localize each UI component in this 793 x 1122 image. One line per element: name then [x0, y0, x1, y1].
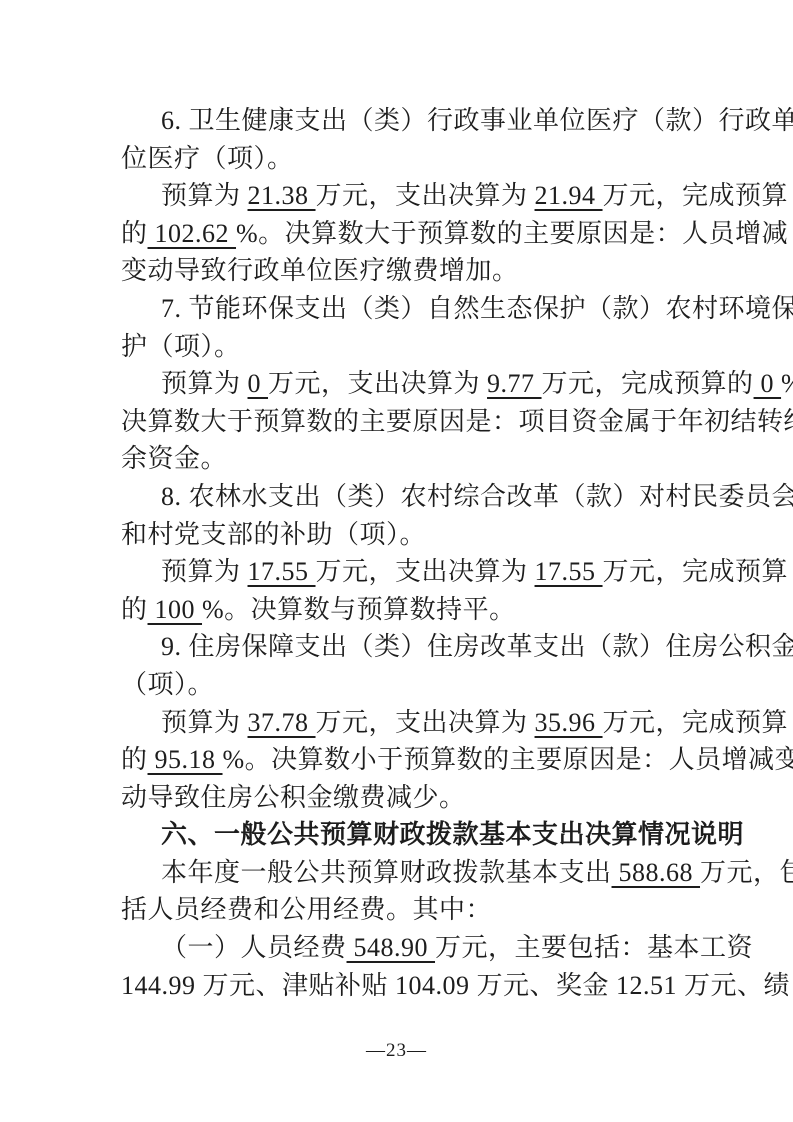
text-run: 预算为	[161, 181, 248, 210]
text-line: 动导致住房公积金缴费减少。	[121, 779, 691, 817]
text-line: 和村党支部的补助（项）。	[121, 516, 691, 554]
underlined-value: 21.38	[248, 181, 316, 210]
text-run: 括人员经费和公用经费。其中：	[121, 895, 492, 924]
document-page: 6. 卫生健康支出（类）行政事业单位医疗（款）行政单位医疗（项）。预算为 21.…	[0, 0, 793, 1122]
text-run: 预算为	[161, 708, 248, 737]
text-run: 本年度一般公共预算财政拨款基本支出	[161, 858, 612, 887]
text-run: 6. 卫生健康支出（类）行政事业单位医疗（款）行政单	[161, 106, 793, 135]
text-line: 7. 节能环保支出（类）自然生态保护（款）农村环境保	[121, 290, 691, 328]
text-run: %。	[781, 369, 793, 398]
underlined-value: 0	[754, 369, 782, 398]
text-run: 万元，完成预算	[603, 557, 789, 586]
text-line: 位医疗（项）。	[121, 140, 691, 178]
underlined-value: 95.18	[148, 745, 223, 774]
underlined-value: 37.78	[248, 708, 316, 737]
text-run: 万元，完成预算	[603, 181, 789, 210]
underlined-value: 100	[148, 595, 203, 624]
text-run: %。决算数小于预算数的主要原因是：人员增减变	[223, 745, 793, 774]
underlined-value: 102.62	[148, 219, 237, 248]
text-run: 9. 住房保障支出（类）住房改革支出（款）住房公积金	[161, 632, 793, 661]
text-line: 预算为 17.55 万元，支出决算为 17.55 万元，完成预算	[121, 553, 691, 591]
text-run: 的	[121, 595, 148, 624]
text-line: 预算为 21.38 万元，支出决算为 21.94 万元，完成预算	[121, 177, 691, 215]
text-line: 6. 卫生健康支出（类）行政事业单位医疗（款）行政单	[121, 102, 691, 140]
text-run: 六、一般公共预算财政拨款基本支出决算情况说明	[161, 819, 744, 849]
text-run: 和村党支部的补助（项）。	[121, 520, 426, 549]
underlined-value: 17.55	[248, 557, 316, 586]
text-line: 的 95.18 %。决算数小于预算数的主要原因是：人员增减变	[121, 741, 691, 779]
text-line: 的 102.62 %。决算数大于预算数的主要原因是：人员增减	[121, 215, 691, 253]
text-run: 万元，完成预算	[603, 708, 789, 737]
text-line: 余资金。	[121, 440, 691, 478]
text-run: 万元，主要包括：基本工资	[435, 933, 753, 962]
text-run: 万元，支出决算为	[316, 181, 535, 210]
section-heading: 六、一般公共预算财政拨款基本支出决算情况说明	[121, 816, 691, 854]
text-line: （一）人员经费 548.90 万元，主要包括：基本工资	[121, 929, 691, 967]
text-line: 决算数大于预算数的主要原因是：项目资金属于年初结转结	[121, 403, 691, 441]
text-run: 位医疗（项）。	[121, 144, 294, 173]
underlined-value: 588.68	[612, 858, 701, 887]
underlined-value: 35.96	[535, 708, 603, 737]
text-run: （项）。	[121, 670, 214, 699]
text-run: %。决算数大于预算数的主要原因是：人员增减	[236, 219, 788, 248]
page-number: —23—	[0, 1040, 793, 1062]
text-run: %。决算数与预算数持平。	[202, 595, 516, 624]
text-line: 护（项）。	[121, 328, 691, 366]
text-run: 的	[121, 745, 148, 774]
text-line: 预算为 37.78 万元，支出决算为 35.96 万元，完成预算	[121, 704, 691, 742]
text-run: 万元，包	[700, 858, 793, 887]
text-run: 万元，支出决算为	[316, 708, 535, 737]
text-run: 7. 节能环保支出（类）自然生态保护（款）农村环境保	[161, 294, 793, 323]
text-line: 预算为 0 万元，支出决算为 9.77 万元，完成预算的 0 %。	[121, 365, 691, 403]
text-line: 括人员经费和公用经费。其中：	[121, 891, 691, 929]
text-run: 144.99 万元、津贴补贴 104.09 万元、奖金 12.51 万元、绩	[121, 971, 790, 1000]
text-run: 动导致住房公积金缴费减少。	[121, 783, 466, 812]
underlined-value: 9.77	[487, 369, 542, 398]
underlined-value: 17.55	[535, 557, 603, 586]
text-run: 的	[121, 219, 148, 248]
text-run: 预算为	[161, 369, 248, 398]
text-line: 本年度一般公共预算财政拨款基本支出 588.68 万元，包	[121, 854, 691, 892]
text-line: （项）。	[121, 666, 691, 704]
text-run: 决算数大于预算数的主要原因是：项目资金属于年初结转结	[121, 407, 793, 436]
text-line: 9. 住房保障支出（类）住房改革支出（款）住房公积金	[121, 628, 691, 666]
text-line: 变动导致行政单位医疗缴费增加。	[121, 252, 691, 290]
text-run: （一）人员经费	[161, 933, 347, 962]
text-line: 144.99 万元、津贴补贴 104.09 万元、奖金 12.51 万元、绩	[121, 967, 691, 1005]
text-line: 的 100 %。决算数与预算数持平。	[121, 591, 691, 629]
text-run: 万元，支出决算为	[316, 557, 535, 586]
underlined-value: 0	[248, 369, 269, 398]
text-run: 预算为	[161, 557, 248, 586]
underlined-value: 548.90	[347, 933, 436, 962]
text-run: 万元，支出决算为	[268, 369, 487, 398]
text-run: 万元，完成预算的	[542, 369, 754, 398]
text-run: 变动导致行政单位医疗缴费增加。	[121, 256, 519, 285]
text-run: 护（项）。	[121, 332, 241, 361]
underlined-value: 21.94	[535, 181, 603, 210]
text-block: 6. 卫生健康支出（类）行政事业单位医疗（款）行政单位医疗（项）。预算为 21.…	[121, 102, 691, 1004]
text-line: 8. 农林水支出（类）农村综合改革（款）对村民委员会	[121, 478, 691, 516]
text-run: 余资金。	[121, 444, 227, 473]
text-run: 8. 农林水支出（类）农村综合改革（款）对村民委员会	[161, 482, 793, 511]
